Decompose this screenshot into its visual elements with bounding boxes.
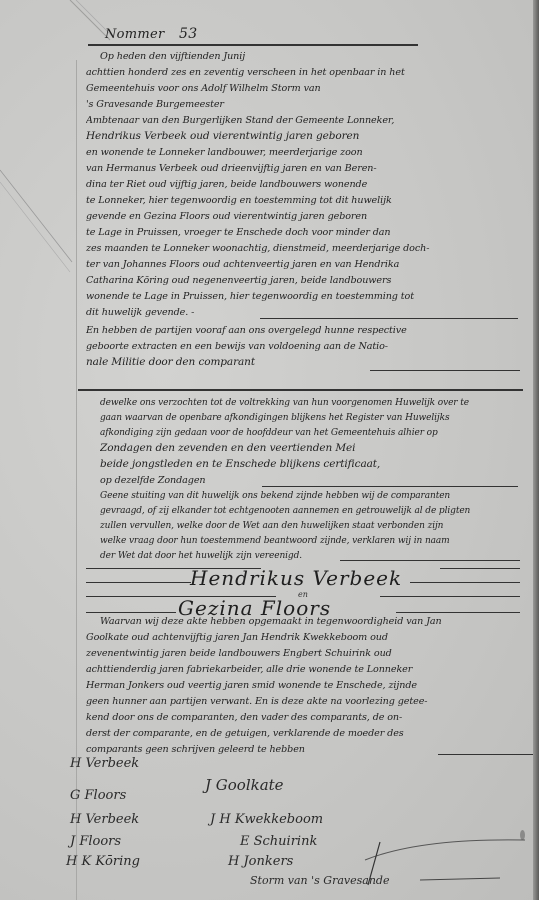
text-line: Ambtenaar van den Burgerlijken Stand der…	[86, 113, 525, 128]
text-line: dit huwelijk gevende. -	[86, 305, 206, 320]
number-label: Nommer	[105, 27, 165, 42]
signature-flourish	[360, 830, 530, 890]
text-line: dewelke ons verzochten tot de voltrekkin…	[100, 396, 525, 411]
text-line: Zondagen den zevenden en den veertienden…	[100, 441, 525, 456]
fill-rule	[262, 486, 518, 487]
fill-rule	[340, 560, 520, 561]
number-value: 53	[179, 26, 197, 42]
text-line: beide jongstleden en te Enschede blijken…	[100, 457, 525, 472]
fill-rule	[86, 582, 191, 583]
text-line: gaan waarvan de openbare afkondigingen b…	[100, 411, 525, 426]
fill-rule	[438, 754, 533, 755]
text-line: kend door ons de comparanten, den vader …	[86, 710, 525, 725]
text-line: Gemeentehuis voor ons Adolf Wilhelm Stor…	[86, 81, 525, 96]
page-edge-shadow	[533, 0, 539, 900]
text-line: geen hunner aan partijen verwant. En is …	[86, 694, 525, 709]
signature-left: H K Kōring	[66, 854, 140, 869]
text-line: dina ter Riet oud vijftig jaren, beide l…	[86, 177, 525, 192]
ink-blot	[520, 830, 525, 840]
text-line: van Hermanus Verbeek oud drieenvijftig j…	[86, 161, 525, 176]
text-line: Goolkate oud achtenvijftig jaren Jan Hen…	[86, 630, 525, 645]
text-line: nale Militie door den comparant	[86, 355, 286, 370]
text-line: afkondiging zijn gedaan voor de hoofddeu…	[100, 426, 525, 441]
text-line: gevraagd, of zij elkander tot echtgenoot…	[100, 504, 525, 519]
text-line: te Lonneker, hier tegenwoordig en toeste…	[86, 193, 525, 208]
text-line: 's Gravesande Burgemeester	[86, 97, 525, 112]
document-page: Nommer 53 Op heden den vijftienden Junij…	[0, 0, 539, 900]
text-line: Waarvan wij deze akte hebben opgemaakt i…	[100, 614, 525, 629]
signature-left: H Verbeek	[70, 756, 139, 771]
signature-right: H Jonkers	[228, 854, 293, 869]
fill-rule	[440, 568, 520, 569]
fill-rule	[410, 582, 520, 583]
margin-rule	[76, 60, 77, 900]
text-line: comparants geen schrijven geleerd te heb…	[86, 742, 396, 757]
signature-left: H Verbeek	[70, 812, 139, 827]
fill-rule	[86, 612, 176, 613]
text-line: achttienderdig jaren fabriekarbeider, al…	[86, 662, 525, 677]
text-line: derst der comparante, en de getuigen, ve…	[86, 726, 525, 741]
text-line: Catharina Kōring oud negenenveertig jare…	[86, 273, 525, 288]
fill-rule	[396, 612, 520, 613]
text-line: op dezelfde Zondagen	[100, 473, 250, 488]
text-line: en wonende te Lonneker landbouwer, meerd…	[86, 145, 525, 160]
text-line: geboorte extracten en een bewijs van vol…	[86, 339, 525, 354]
text-line: ter van Johannes Floors oud achtenveerti…	[86, 257, 525, 272]
signature-left: J Floors	[70, 834, 121, 849]
header-rule	[88, 44, 418, 46]
text-line: Hendrikus Verbeek oud vierentwintig jare…	[86, 129, 525, 144]
text-line: gevende en Gezina Floors oud vierentwint…	[86, 209, 525, 224]
text-line: wonende te Lage in Pruissen, hier tegenw…	[86, 289, 525, 304]
text-line: te Lage in Pruissen, vroeger te Enschede…	[86, 225, 525, 240]
fill-rule	[380, 596, 520, 597]
text-line: zullen vervullen, welke door de Wet aan …	[100, 519, 525, 534]
signature-right: E Schuirink	[240, 834, 317, 849]
text-line: achttien honderd zes en zeventig versche…	[86, 65, 525, 80]
signature-right: J Goolkate	[205, 776, 284, 794]
fill-rule	[370, 370, 520, 371]
signature-right: J H Kwekkeboom	[210, 812, 323, 827]
text-line: welke vraag door hun toestemmend beantwo…	[100, 534, 525, 549]
text-line: zes maanden te Lonneker woonachtig, dien…	[86, 241, 525, 256]
text-line: Herman Jonkers oud veertig jaren smid wo…	[86, 678, 525, 693]
text-line: zevenentwintig jaren beide landbouwers E…	[86, 646, 525, 661]
text-line: Op heden den vijftienden Junij	[100, 49, 525, 64]
text-line: En hebben de partijen vooraf aan ons ove…	[86, 323, 525, 338]
section-rule	[78, 389, 523, 391]
groom-name: Hendrikus Verbeek	[190, 566, 402, 590]
fill-rule	[260, 318, 518, 319]
record-number: Nommer 53	[105, 26, 197, 42]
signature-left: G Floors	[70, 788, 126, 803]
text-line: Geene stuiting van dit huwelijk ons beke…	[100, 489, 525, 504]
text-line: der Wet dat door het huwelijk zijn veree…	[100, 549, 320, 564]
